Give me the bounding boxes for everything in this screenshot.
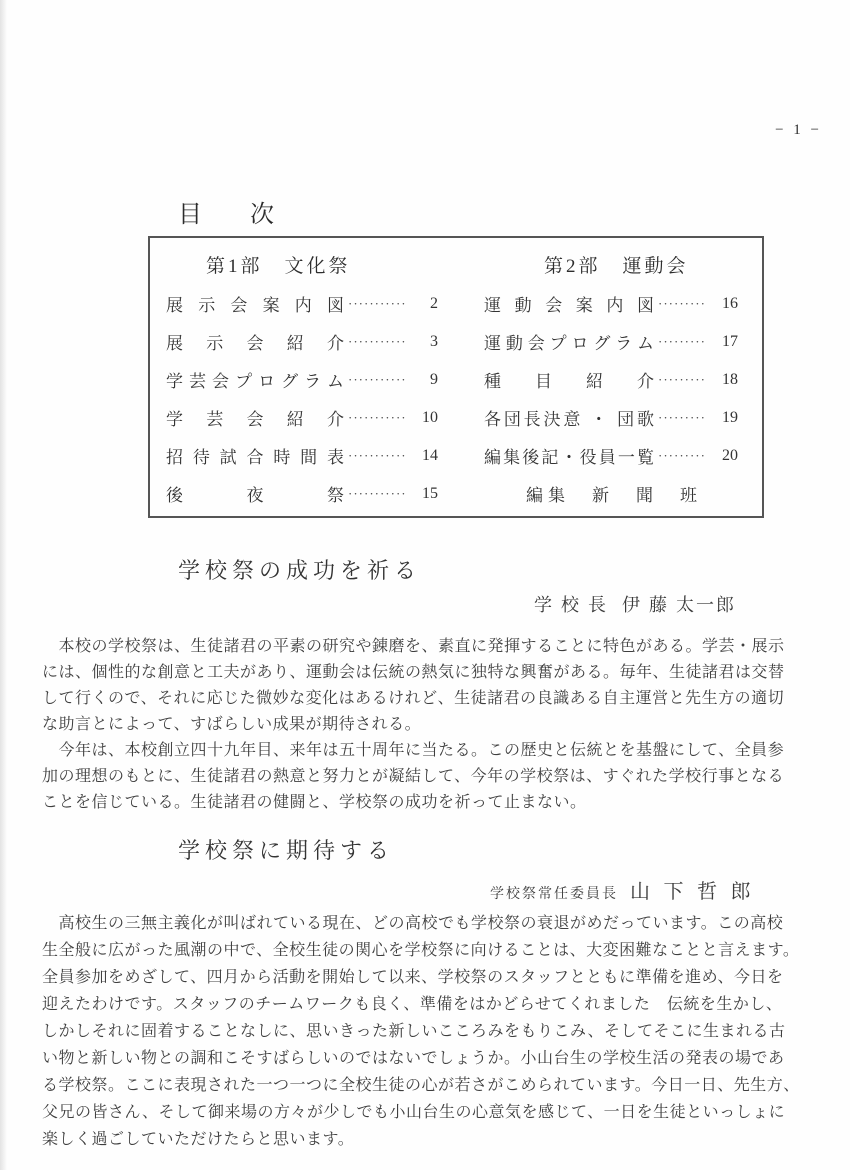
toc-entry: 後夜祭 ············ 15 xyxy=(166,482,438,505)
leader-dots: ············ xyxy=(658,448,706,464)
toc-entry-title: 後夜祭 xyxy=(166,481,344,506)
toc-entry-title: 学芸会紹介 xyxy=(166,405,344,430)
essay1-byline: 学 校 長 伊 藤 太一郎 xyxy=(534,591,736,617)
leader-dots: ············ xyxy=(658,410,706,426)
toc-entry-title: 編集後記・役員一覧 xyxy=(484,443,654,468)
toc-entry: 招待試合時間表 ············ 14 xyxy=(166,444,438,467)
essay2-byline-role: 学校祭常任委員長 xyxy=(490,883,618,903)
leader-dots: ············ xyxy=(658,334,706,350)
toc-entry: 展示会紹介 ············ 3 xyxy=(166,330,438,353)
toc-column-part1: 展示会案内図 ············ 2 展示会紹介 ············… xyxy=(166,292,438,520)
toc-entry-page: 16 xyxy=(710,295,738,313)
toc-entry-title: 学芸会プログラム xyxy=(166,367,344,392)
toc-entry-page: 14 xyxy=(410,447,438,465)
essay1-byline-role: 学 校 長 xyxy=(534,591,608,617)
toc-entry-title: 展示会案内図 xyxy=(166,291,344,316)
scan-edge-artifact xyxy=(0,0,7,1170)
toc-entry: 運動会案内図 ············ 16 xyxy=(484,292,738,315)
toc-entry-page: 15 xyxy=(410,485,438,503)
essay1-paragraph-2: 今年は、本校創立四十九年目、来年は五十周年に当たる。この歴史と伝統とを基盤にして… xyxy=(42,738,814,816)
leader-dots: ············ xyxy=(658,296,706,312)
essay1-paragraph-1: 本校の学校祭は、生徒諸君の平素の研究や錬磨を、素直に発揮することに特色がある。学… xyxy=(42,634,814,738)
toc-entry-page: 19 xyxy=(710,409,738,427)
toc-entry-page: 2 xyxy=(410,295,438,313)
toc-entry: 種目紹介 ············ 18 xyxy=(484,368,738,391)
toc-entry-page: 17 xyxy=(710,333,738,351)
leader-dots: ············ xyxy=(348,296,406,312)
essay2-byline-name: 山 下 哲 郎 xyxy=(630,875,755,904)
toc-section-header-part1: 第1部 文化祭 xyxy=(206,251,351,278)
leader-dots: ············ xyxy=(348,410,406,426)
toc-entry-page: 9 xyxy=(410,371,438,389)
essay2-heading: 学校祭に期待する xyxy=(178,834,394,865)
toc-entry-title: 種目紹介 xyxy=(484,367,654,392)
essay1-byline-name: 伊 藤 太一郎 xyxy=(622,591,736,617)
leader-dots: ············ xyxy=(348,372,406,388)
toc-entry-page: 10 xyxy=(410,409,438,427)
toc-entry: 編集後記・役員一覧 ············ 20 xyxy=(484,444,738,467)
toc-entry-title: 運動会プログラム xyxy=(484,329,654,354)
toc-editor-credit: 編集 新 聞 班 xyxy=(526,481,702,506)
leader-dots: ············ xyxy=(348,486,406,502)
toc-entry: 学芸会紹介 ············ 10 xyxy=(166,406,438,429)
leader-dots: ············ xyxy=(348,448,406,464)
toc-entry: 各団長決意 ・ 団歌 ············ 19 xyxy=(484,406,738,429)
toc-heading: 目 次 xyxy=(178,194,286,229)
toc-entry-title: 各団長決意 ・ 団歌 xyxy=(484,405,654,430)
essay1-heading: 学校祭の成功を祈る xyxy=(178,554,421,585)
essay2-paragraph-1: 高校生の三無主義化が叫ばれている現在、どの高校でも学校祭の衰退がめだっています。… xyxy=(42,910,814,1153)
page-number: − 1 − xyxy=(775,122,822,139)
leader-dots: ············ xyxy=(348,334,406,350)
essay2-body: 高校生の三無主義化が叫ばれている現在、どの高校でも学校祭の衰退がめだっています。… xyxy=(42,910,814,1153)
toc-entry: 展示会案内図 ············ 2 xyxy=(166,292,438,315)
scanned-document-page: − 1 − 目 次 第1部 文化祭 第2部 運動会 展示会案内図 ·······… xyxy=(0,0,850,1170)
toc-section-header-part2: 第2部 運動会 xyxy=(544,251,689,278)
essay2-byline: 学校祭常任委員長 山 下 哲 郎 xyxy=(490,875,755,904)
toc-entry-title: 運動会案内図 xyxy=(484,291,654,316)
toc-entry: 運動会プログラム ············ 17 xyxy=(484,330,738,353)
toc-entry-page: 3 xyxy=(410,333,438,351)
toc-entry: 学芸会プログラム ············ 9 xyxy=(166,368,438,391)
toc-entry-page: 18 xyxy=(710,371,738,389)
essay1-body: 本校の学校祭は、生徒諸君の平素の研究や錬磨を、素直に発揮することに特色がある。学… xyxy=(42,634,814,816)
toc-entry-title: 展示会紹介 xyxy=(166,329,344,354)
leader-dots: ············ xyxy=(658,372,706,388)
toc-box: 第1部 文化祭 第2部 運動会 展示会案内図 ············ 2 展示… xyxy=(148,236,764,518)
toc-column-part2: 運動会案内図 ············ 16 運動会プログラム ········… xyxy=(484,292,738,482)
toc-entry-page: 20 xyxy=(710,447,738,465)
toc-entry-title: 招待試合時間表 xyxy=(166,443,344,468)
